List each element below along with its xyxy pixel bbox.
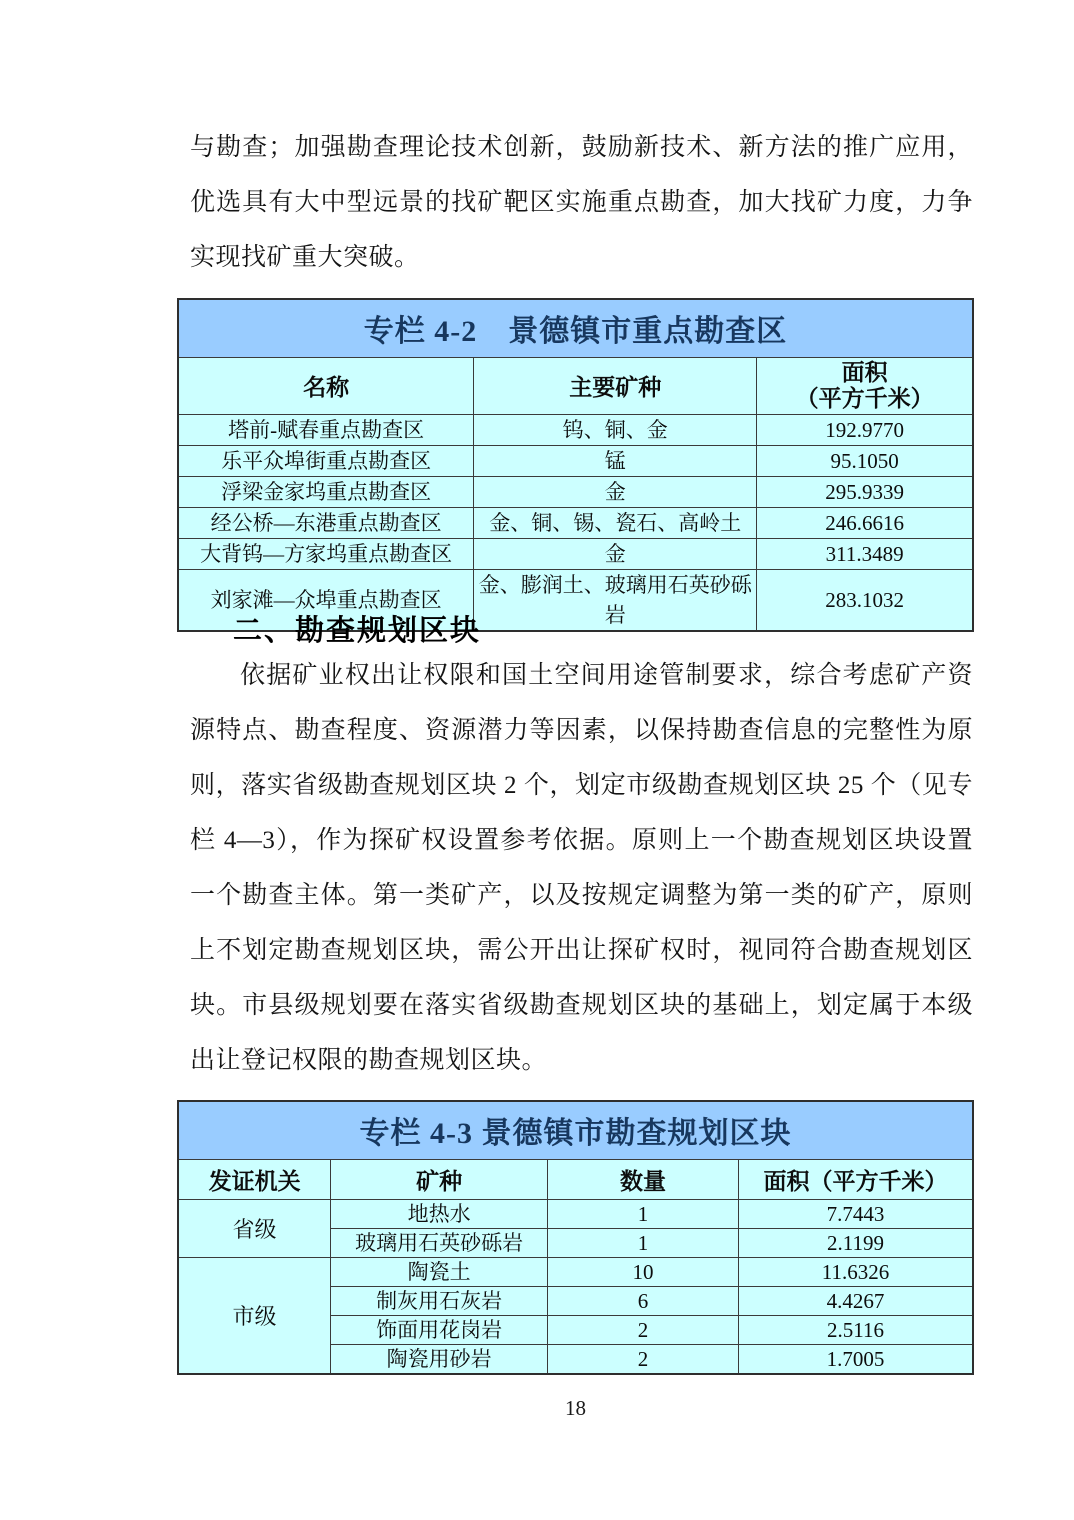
table-row: 市级 陶瓷土 10 11.6326	[178, 1257, 973, 1286]
box-4-2-table: 专栏 4-2 景德镇市重点勘查区 名称 主要矿种 面积 （平方千米） 塔前-赋春…	[177, 298, 974, 632]
table-row: 大背钨—方家坞重点勘查区 金 311.3489	[178, 538, 973, 569]
col-header-name: 名称	[178, 357, 474, 414]
area-name: 乐平众埠街重点勘查区	[178, 445, 474, 476]
page-number: 18	[177, 1396, 974, 1421]
box-4-3: 专栏 4-3 景德镇市勘查规划区块 发证机关 矿种 数量 面积（平方千米） 省级…	[177, 1100, 974, 1375]
area-value: 311.3489	[757, 538, 973, 569]
area-cell: 11.6326	[738, 1257, 973, 1286]
table-row: 乐平众埠街重点勘查区 锰 95.1050	[178, 445, 973, 476]
area-cell: 7.7443	[738, 1199, 973, 1228]
section-line-5: 一个勘查主体。第一类矿产，以及按规定调整为第一类的矿产，原则	[190, 868, 973, 923]
authority-cell-municipal: 市级	[178, 1257, 331, 1374]
count-cell: 10	[548, 1257, 739, 1286]
area-value: 246.6616	[757, 507, 973, 538]
col-header-area: 面积 （平方千米）	[757, 357, 973, 414]
area-minerals: 金、膨润土、玻璃用石英砂砾岩	[474, 569, 757, 631]
area-name: 经公桥—东港重点勘查区	[178, 507, 474, 538]
area-value: 192.9770	[757, 414, 973, 445]
section-line-1: 依据矿业权出让权限和国土空间用途管制要求，综合考虑矿产资	[190, 648, 973, 703]
section-line-8: 出让登记权限的勘查规划区块。	[190, 1033, 973, 1088]
col-header-area: 面积（平方千米）	[738, 1159, 973, 1199]
box-4-2-header-row: 名称 主要矿种 面积 （平方千米）	[178, 357, 973, 414]
intro-line-2: 优选具有大中型远景的找矿靶区实施重点勘查，加大找矿力度，力争	[190, 175, 973, 230]
mineral-cell: 玻璃用石英砂砾岩	[331, 1228, 548, 1257]
section-line-6: 上不划定勘查规划区块，需公开出让探矿权时，视同符合勘查规划区	[190, 923, 973, 978]
table-row: 浮梁金家坞重点勘查区 金 295.9339	[178, 476, 973, 507]
box-4-3-header-row: 发证机关 矿种 数量 面积（平方千米）	[178, 1159, 973, 1199]
document-page: 与勘查；加强勘查理论技术创新，鼓励新技术、新方法的推广应用， 优选具有大中型远景…	[0, 0, 1074, 1520]
table-row: 经公桥—东港重点勘查区 金、铜、锡、瓷石、高岭土 246.6616	[178, 507, 973, 538]
mineral-cell: 陶瓷土	[331, 1257, 548, 1286]
section-line-4: 栏 4—3），作为探矿权设置参考依据。原则上一个勘查规划区块设置	[190, 813, 973, 868]
box-4-2-title-row: 专栏 4-2 景德镇市重点勘查区	[178, 299, 973, 357]
authority-cell-provincial: 省级	[178, 1199, 331, 1257]
area-minerals: 金、铜、锡、瓷石、高岭土	[474, 507, 757, 538]
area-minerals: 金	[474, 538, 757, 569]
area-minerals: 锰	[474, 445, 757, 476]
count-cell: 2	[548, 1344, 739, 1374]
count-cell: 2	[548, 1315, 739, 1344]
intro-line-3: 实现找矿重大突破。	[190, 230, 973, 285]
box-4-3-title: 专栏 4-3 景德镇市勘查规划区块	[178, 1101, 973, 1159]
count-cell: 1	[548, 1228, 739, 1257]
intro-line-1: 与勘查；加强勘查理论技术创新，鼓励新技术、新方法的推广应用，	[190, 120, 973, 175]
count-cell: 1	[548, 1199, 739, 1228]
count-cell: 6	[548, 1286, 739, 1315]
section-line-2: 源特点、勘查程度、资源潜力等因素，以保持勘查信息的完整性为原	[190, 703, 973, 758]
table-row: 塔前-赋春重点勘查区 钨、铜、金 192.9770	[178, 414, 973, 445]
box-4-2-title: 专栏 4-2 景德镇市重点勘查区	[178, 299, 973, 357]
mineral-cell: 地热水	[331, 1199, 548, 1228]
intro-paragraph: 与勘查；加强勘查理论技术创新，鼓励新技术、新方法的推广应用， 优选具有大中型远景…	[190, 120, 973, 285]
col-header-authority: 发证机关	[178, 1159, 331, 1199]
area-minerals: 钨、铜、金	[474, 414, 757, 445]
col-header-count: 数量	[548, 1159, 739, 1199]
area-cell: 2.5116	[738, 1315, 973, 1344]
area-minerals: 金	[474, 476, 757, 507]
table-row: 省级 地热水 1 7.7443	[178, 1199, 973, 1228]
area-value: 295.9339	[757, 476, 973, 507]
area-name: 塔前-赋春重点勘查区	[178, 414, 474, 445]
box-4-2: 专栏 4-2 景德镇市重点勘查区 名称 主要矿种 面积 （平方千米） 塔前-赋春…	[177, 298, 974, 632]
col-header-minerals: 主要矿种	[474, 357, 757, 414]
area-value: 95.1050	[757, 445, 973, 476]
box-4-3-title-row: 专栏 4-3 景德镇市勘查规划区块	[178, 1101, 973, 1159]
mineral-cell: 制灰用石灰岩	[331, 1286, 548, 1315]
area-cell: 4.4267	[738, 1286, 973, 1315]
area-cell: 1.7005	[738, 1344, 973, 1374]
section-line-3: 则，落实省级勘查规划区块 2 个，划定市级勘查规划区块 25 个（见专	[190, 758, 973, 813]
col-header-mineral: 矿种	[331, 1159, 548, 1199]
section-heading: 二、勘查规划区块	[233, 608, 481, 649]
area-value: 283.1032	[757, 569, 973, 631]
area-name: 大背钨—方家坞重点勘查区	[178, 538, 474, 569]
area-cell: 2.1199	[738, 1228, 973, 1257]
section-line-7: 块。市县级规划要在落实省级勘查规划区块的基础上，划定属于本级	[190, 978, 973, 1033]
section-paragraph: 依据矿业权出让权限和国土空间用途管制要求，综合考虑矿产资 源特点、勘查程度、资源…	[190, 648, 973, 1088]
mineral-cell: 陶瓷用砂岩	[331, 1344, 548, 1374]
box-4-3-table: 专栏 4-3 景德镇市勘查规划区块 发证机关 矿种 数量 面积（平方千米） 省级…	[177, 1100, 974, 1375]
area-name: 浮梁金家坞重点勘查区	[178, 476, 474, 507]
mineral-cell: 饰面用花岗岩	[331, 1315, 548, 1344]
